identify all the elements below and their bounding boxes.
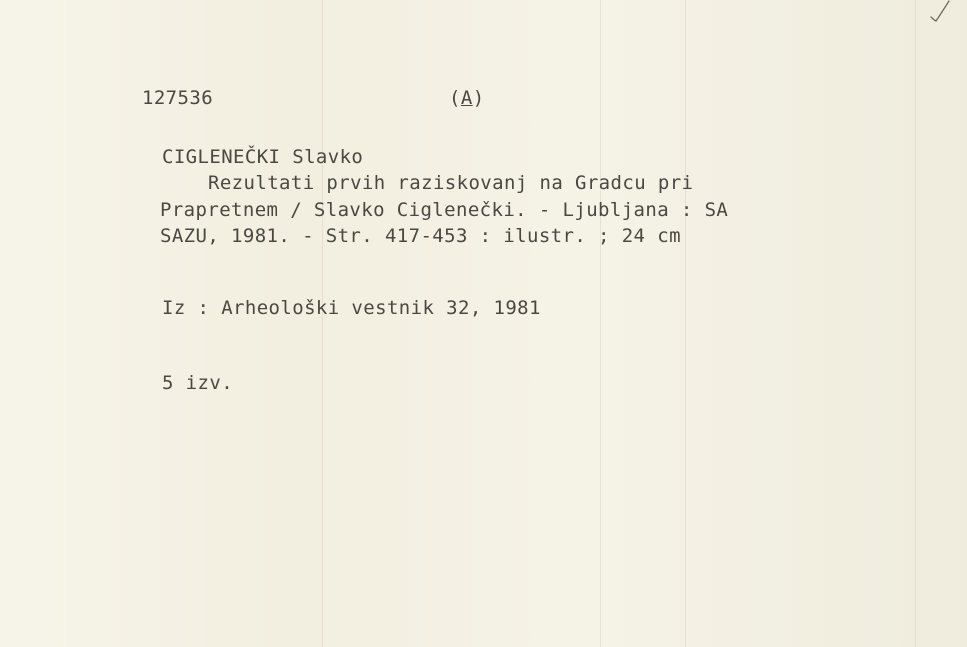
location-mark-open: ( [449,87,461,109]
author-heading: CIGLENEČKI Slavko [162,148,363,167]
title-line: Rezultati prvih raziskovanj na Gradcu pr… [208,174,693,193]
copies-note: 5 izv. [162,374,233,393]
source-note: Iz : Arheološki vestnik 32, 1981 [162,299,541,318]
paper-crease [685,0,686,647]
location-mark-letter: A [461,87,473,109]
paper-crease [915,0,916,647]
publication-line: SAZU, 1981. - Str. 417-453 : ilustr. ; 2… [160,227,681,246]
catalog-card: 127536 (A) CIGLENEČKI Slavko Rezultati p… [0,0,967,647]
location-mark: (A) [449,89,485,108]
title-line: Prapretnem / Slavko Ciglenečki. - Ljublj… [160,201,728,220]
checkmark-icon [928,0,952,22]
paper-crease [322,0,323,647]
paper-crease [600,0,601,647]
location-mark-close: ) [473,87,485,109]
call-number: 127536 [142,89,213,108]
